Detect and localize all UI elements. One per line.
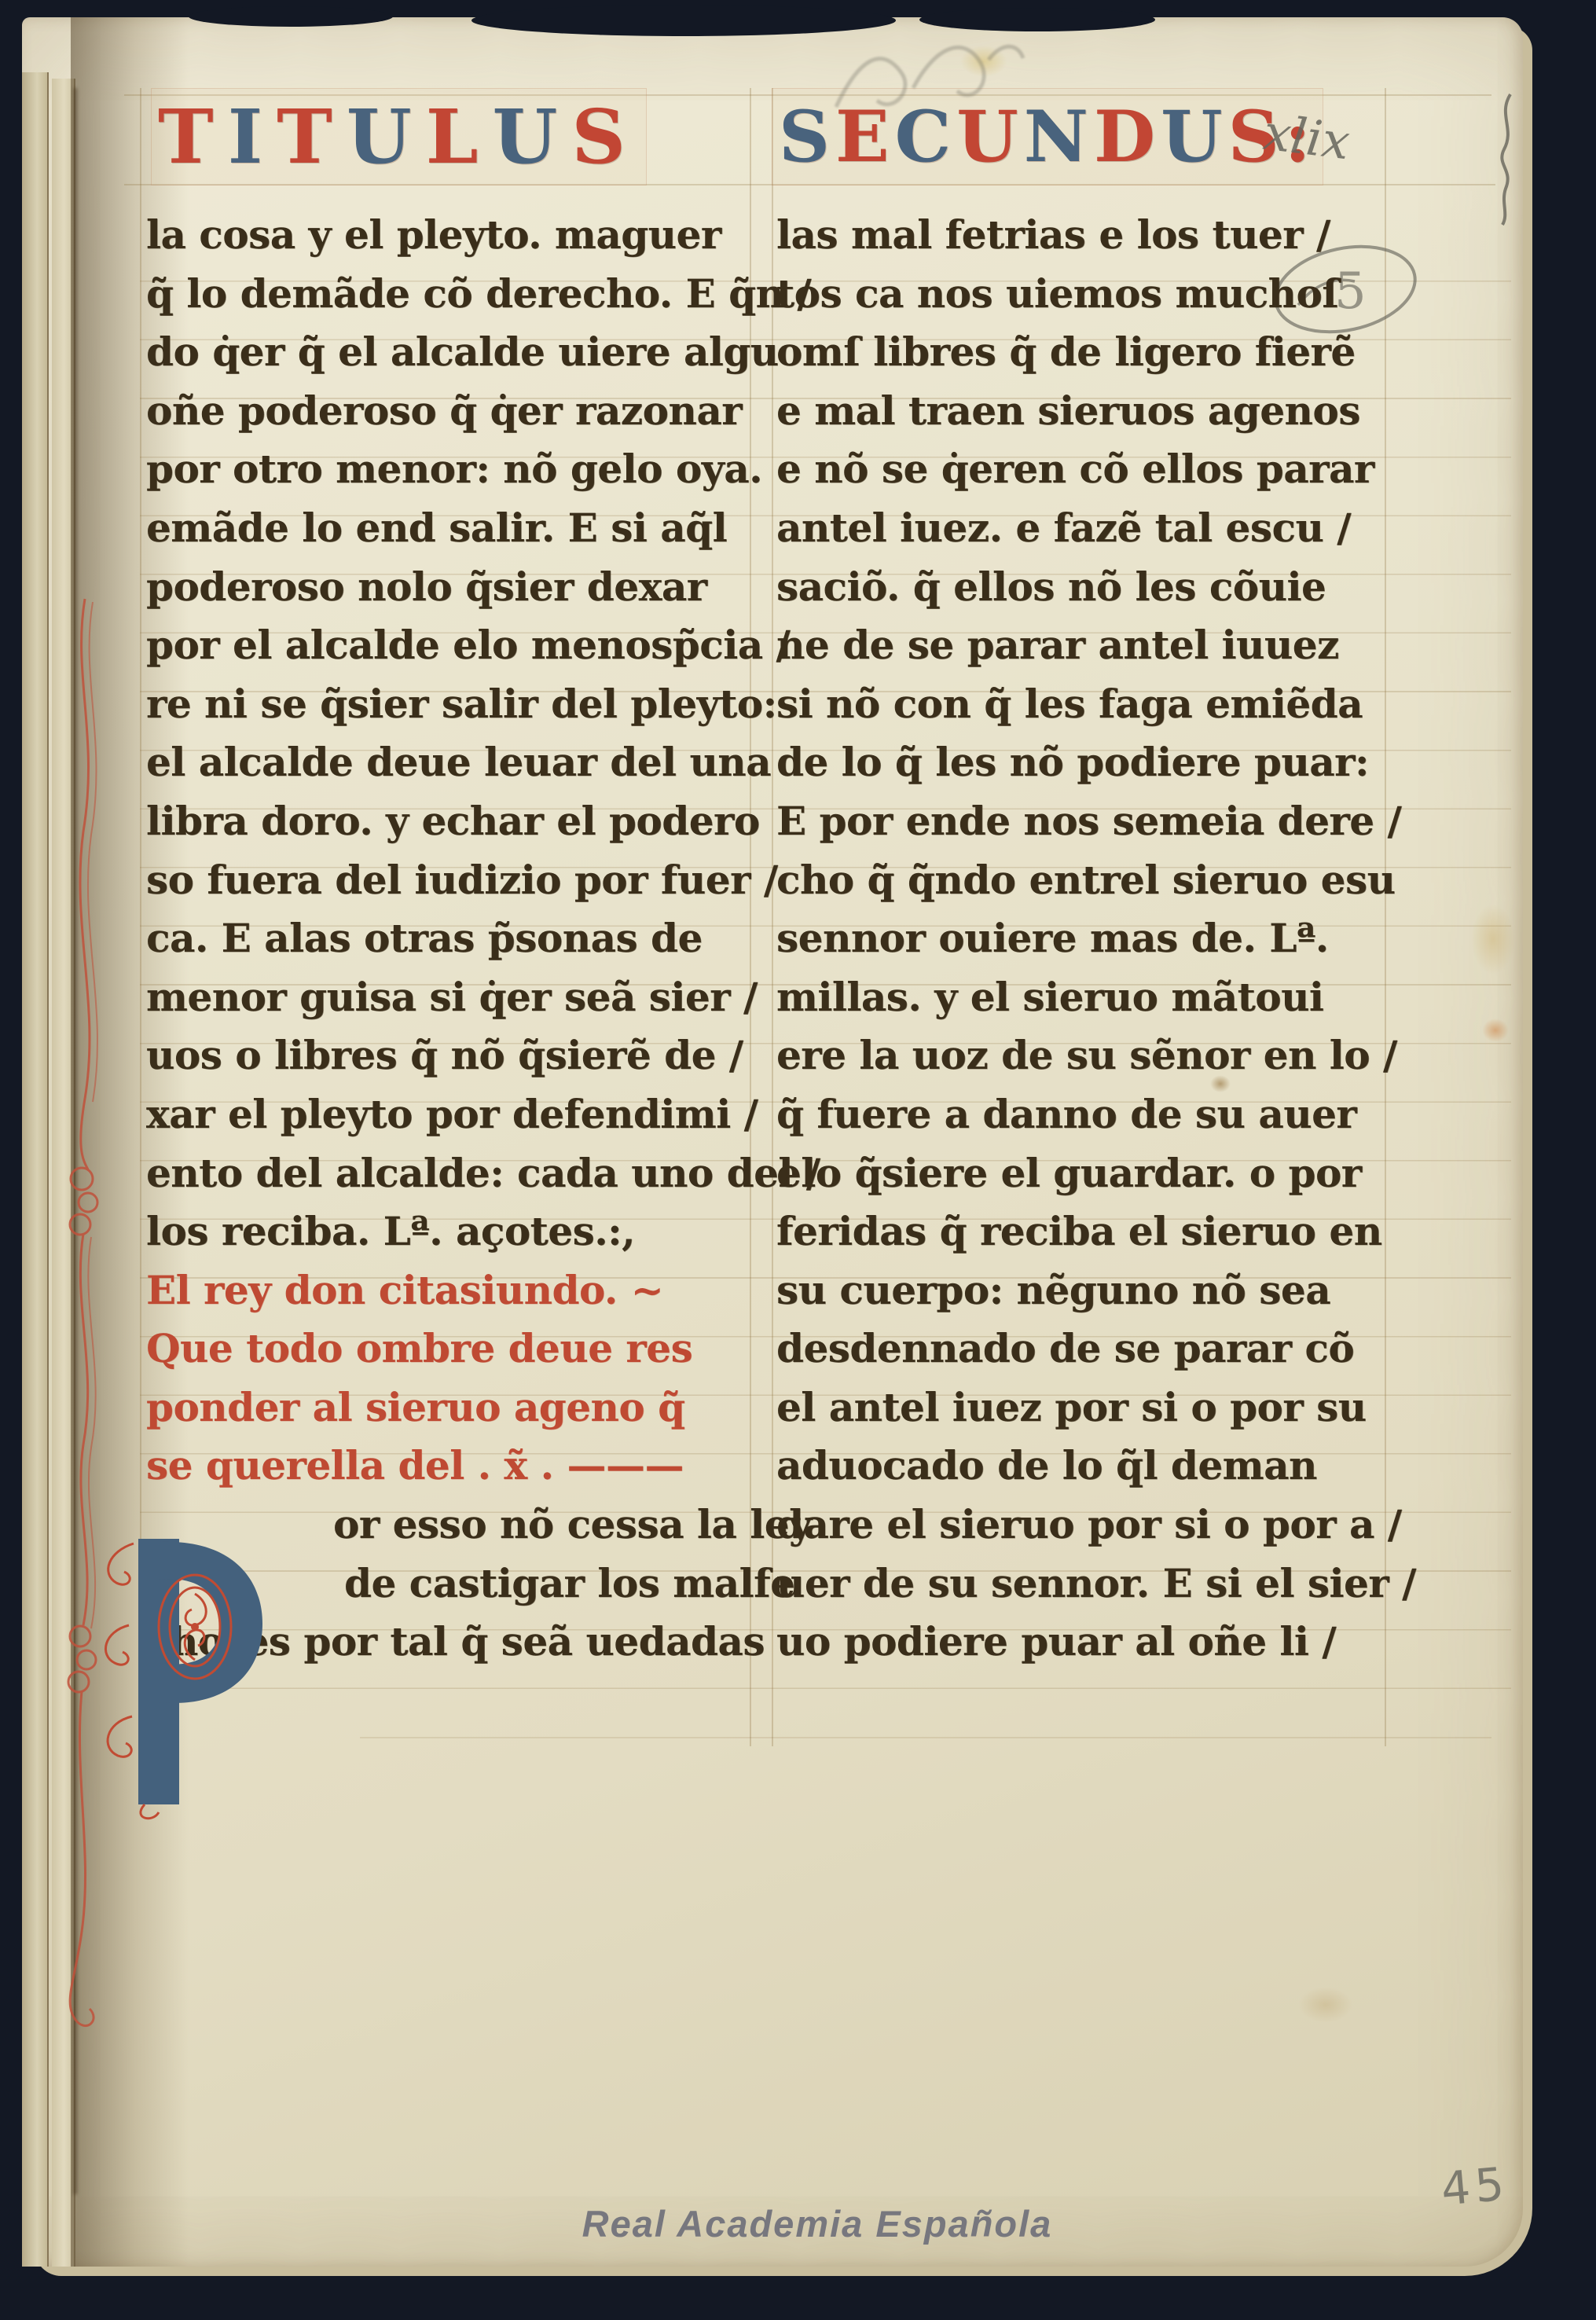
text-line: e mal traen sieruos agenos bbox=[776, 382, 1388, 441]
margin-flourish bbox=[41, 596, 143, 2042]
faint-pencil-inscription bbox=[827, 13, 1031, 138]
text-line: ere la uoz de su sẽnor en lo / bbox=[776, 1026, 1388, 1085]
text-line: emãde lo end salir. E si aq̃l bbox=[146, 499, 758, 558]
title-letter: L bbox=[426, 100, 493, 174]
text-line: saciõ. q̃ ellos nõ les cõuie bbox=[776, 558, 1388, 617]
title-letter: T bbox=[277, 100, 347, 174]
text-line: poderoso nolo q̃sier dexar bbox=[146, 558, 758, 617]
text-line: su cuerpo: nẽguno nõ sea bbox=[776, 1261, 1388, 1320]
text-line: e nõ se q̇eren cõ ellos parar bbox=[776, 440, 1388, 499]
text-line: ca. E alas otras p̃sonas de bbox=[146, 909, 758, 968]
text-line: oñe poderoso q̃ q̇er razonar bbox=[146, 382, 758, 441]
text-line: sennor ouiere mas de. Lª. bbox=[776, 909, 1388, 968]
rubric-line: Que todo ombre deue res bbox=[146, 1320, 758, 1378]
text-line: re ni se q̃sier salir del pleyto: bbox=[146, 675, 758, 734]
title-letter: U bbox=[347, 100, 426, 174]
title-letter: N bbox=[1024, 101, 1094, 172]
text-line: si nõ con q̃ les faga emiẽda bbox=[776, 675, 1388, 734]
text-line: uos o libres q̃ nõ q̃sierẽ de / bbox=[146, 1026, 758, 1085]
text-line: q̃ fuere a danno de su auer bbox=[776, 1085, 1388, 1144]
text-line: xar el pleyto por defendimi / bbox=[146, 1085, 758, 1144]
text-line: so fuera del iudizio por fuer / bbox=[146, 851, 758, 910]
text-line: E por ende nos semeia dere / bbox=[776, 792, 1388, 851]
text-line: el alcalde deue leuar del una bbox=[146, 733, 758, 792]
page-edge-dip bbox=[189, 6, 393, 27]
text-line: cho q̃ q̃ndo entrel sieruo esu bbox=[776, 851, 1388, 910]
text-line: tos ca nos uiemos muchoſ bbox=[776, 265, 1388, 324]
text-line: ne de se parar antel iuuez bbox=[776, 616, 1388, 675]
title-letter: S bbox=[571, 100, 640, 174]
text-line: de lo q̃ les nõ podiere puar: bbox=[776, 733, 1388, 792]
ruled-line bbox=[360, 1737, 1491, 1738]
title-letter: I bbox=[228, 100, 277, 174]
rubric-line: ponder al sieruo ageno q̃ bbox=[146, 1378, 758, 1437]
text-line: feridas q̃ reciba el sieruo en bbox=[776, 1202, 1388, 1261]
folio-number: 45 bbox=[1439, 2157, 1510, 2215]
text-line: do q̇er q̃ el alcalde uiere algu bbox=[146, 323, 758, 382]
text-line: libra doro. y echar el podero bbox=[146, 792, 758, 851]
text-line: menor guisa si q̇er seã sier / bbox=[146, 968, 758, 1027]
rubric-line: se querella del . x̃ . ——— bbox=[146, 1437, 758, 1496]
text-line: antel iuez. e fazẽ tal escu / bbox=[776, 499, 1388, 558]
right-text-column: las mal fetrias e los tuer /tos ca nos u… bbox=[776, 206, 1388, 1672]
text-line: ento del alcalde: cada uno del / bbox=[146, 1144, 758, 1203]
text-line: aduocado de lo q̃l deman bbox=[776, 1437, 1388, 1496]
watermark: Real Academia Española bbox=[424, 2202, 1210, 2245]
title-letter: U bbox=[493, 100, 572, 174]
text-line: por el alcalde elo menosp̃cia / bbox=[146, 616, 758, 675]
text-line: por otro menor: nõ gelo oya. bbox=[146, 440, 758, 499]
manuscript-photo: TITULUS SECUNDUS: xlix 5 la cosa y el pl… bbox=[0, 0, 1596, 2320]
title-letter: D bbox=[1094, 101, 1161, 172]
title-titulus: TITULUS bbox=[151, 88, 647, 185]
text-line: uer de su sennor. E si el sier / bbox=[776, 1555, 1388, 1613]
text-line: los reciba. Lª. açotes.:, bbox=[146, 1202, 758, 1261]
left-text-column: la cosa y el pleyto. maguerq̃ lo demãde … bbox=[146, 206, 758, 1672]
rubric-line: El rey don citasiundo. ~ bbox=[146, 1261, 758, 1320]
text-line: las mal fetrias e los tuer / bbox=[776, 206, 1388, 265]
title-letter: U bbox=[1161, 101, 1228, 172]
text-line: la cosa y el pleyto. maguer bbox=[146, 206, 758, 265]
marginal-roman-numeral: xlix bbox=[1260, 104, 1353, 171]
text-line: el antel iuez por si o por su bbox=[776, 1378, 1388, 1437]
text-line: q̃ lo demãde cõ derecho. E q̃n / bbox=[146, 265, 758, 324]
text-line: elo q̃siere el guardar. o por bbox=[776, 1144, 1388, 1203]
text-line: dare el sieruo por si o por a / bbox=[776, 1496, 1388, 1555]
marginal-pen-squiggle bbox=[1468, 88, 1531, 229]
text-line: uo podiere puar al oñe li / bbox=[776, 1613, 1388, 1672]
text-line: desdennado de se parar cõ bbox=[776, 1320, 1388, 1378]
text-line: omſ libres q̃ de ligero fierẽ bbox=[776, 323, 1388, 382]
title-letter: T bbox=[158, 100, 228, 174]
text-line: millas. y el sieruo mãtoui bbox=[776, 968, 1388, 1027]
